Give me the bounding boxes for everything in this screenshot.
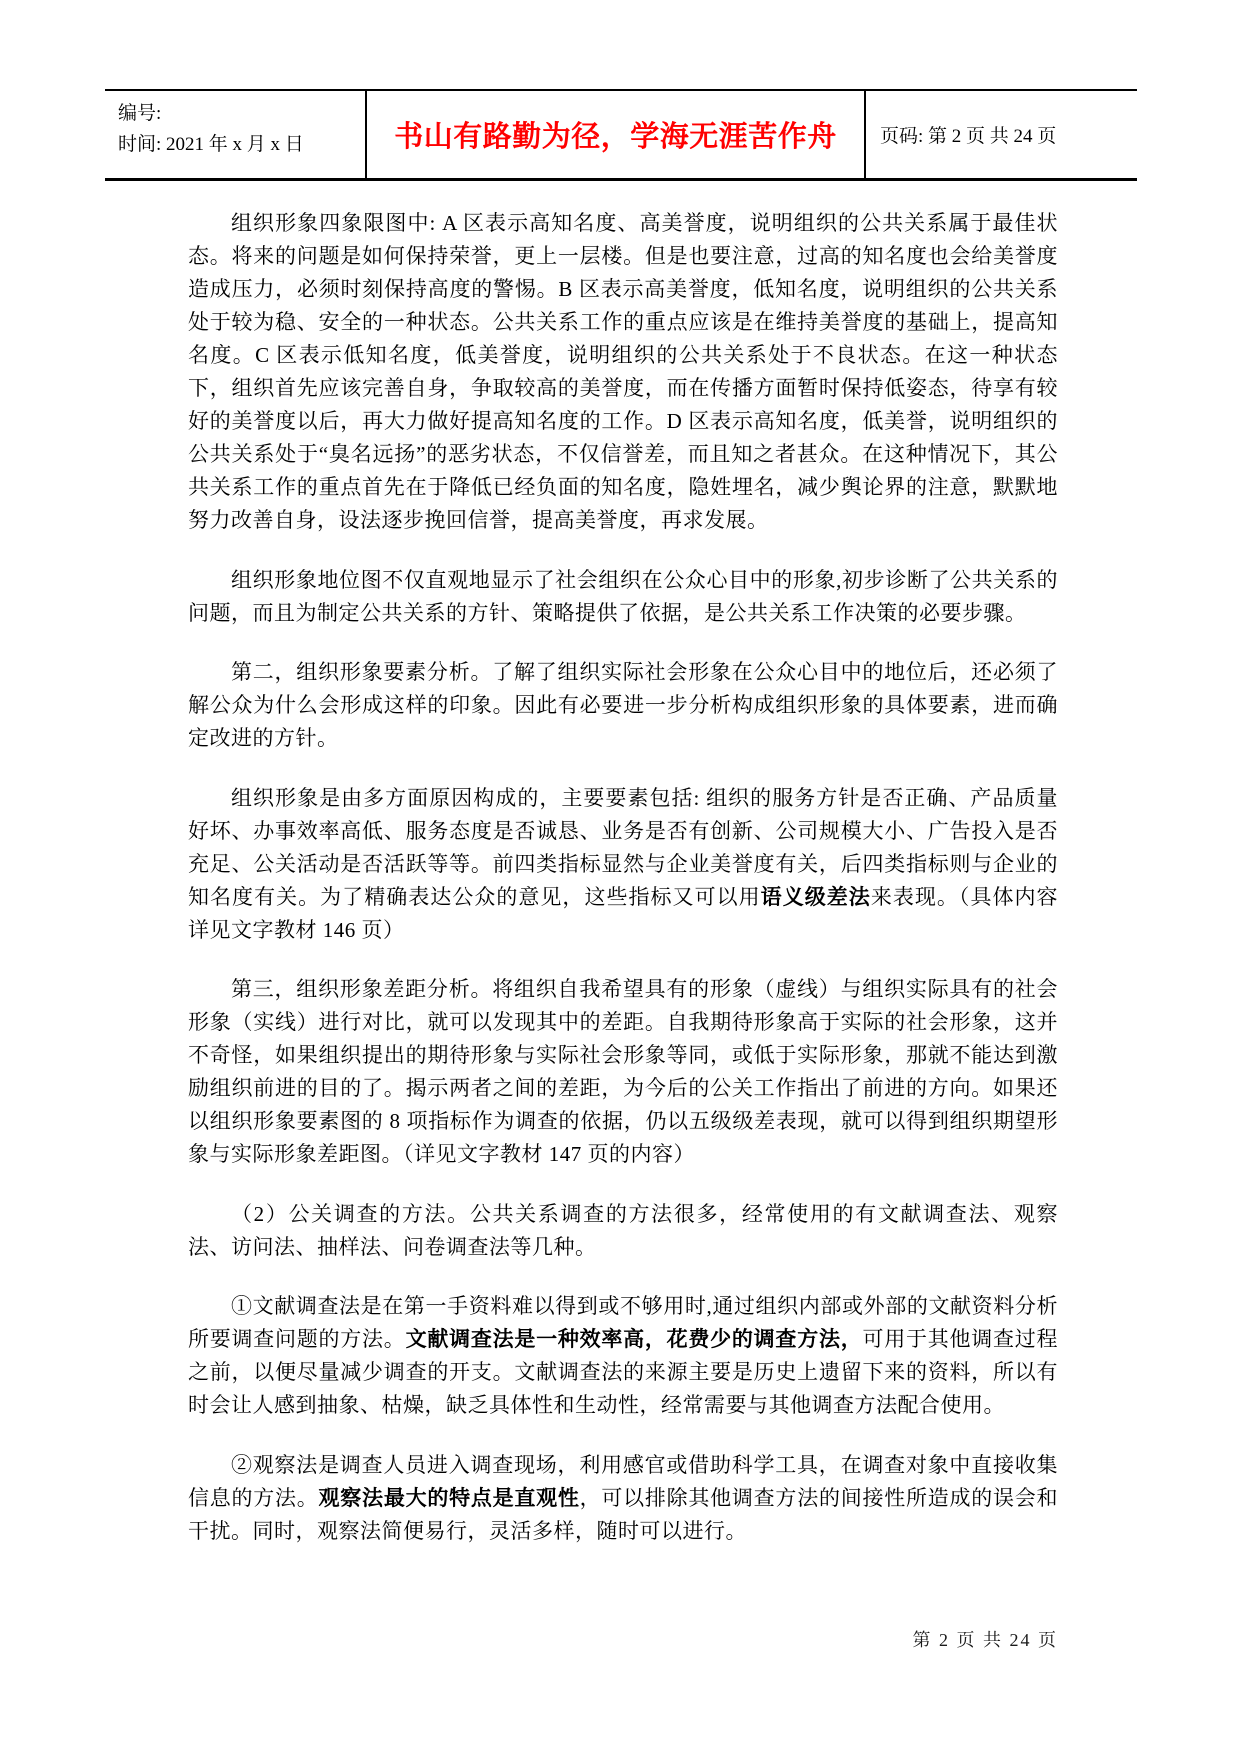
footer-page-number: 第 2 页 共 24 页: [913, 1630, 1059, 1650]
header-cell-page: 页码: 第 2 页 共 24 页: [866, 91, 1137, 178]
document-page: 编号: 时间: 2021 年 x 月 x 日 书山有路勤为径，学海无涯苦作舟 页…: [0, 0, 1241, 1754]
number-label: 编号:: [118, 98, 365, 129]
paragraph: 第三，组织形象差距分析。将组织自我希望具有的形象（虚线）与组织实际具有的社会形象…: [188, 973, 1058, 1171]
paragraph: 组织形象地位图不仅直观地显示了社会组织在公众心目中的形象,初步诊断了公共关系的问…: [188, 564, 1058, 630]
document-body: 组织形象四象限图中: A 区表示高知名度、高美誉度，说明组织的公共关系属于最佳状…: [188, 207, 1058, 1574]
paragraph: 组织形象四象限图中: A 区表示高知名度、高美誉度，说明组织的公共关系属于最佳状…: [188, 207, 1058, 537]
text-run: （2）公关调查的方法。公共关系调查的方法很多，经常使用的有文献调查法、观察法、访…: [188, 1202, 1058, 1259]
header-table: 编号: 时间: 2021 年 x 月 x 日 书山有路勤为径，学海无涯苦作舟 页…: [105, 89, 1137, 181]
paragraph: 组织形象是由多方面原因构成的，主要要素包括: 组织的服务方针是否正确、产品质量好…: [188, 782, 1058, 947]
slogan-text: 书山有路勤为径，学海无涯苦作舟: [394, 114, 837, 155]
page-label: 页码: 第 2 页 共 24 页: [880, 121, 1056, 148]
time-label: 时间: 2021 年 x 月 x 日: [118, 129, 365, 160]
header-cell-number-time: 编号: 时间: 2021 年 x 月 x 日: [105, 91, 367, 178]
header-cell-slogan: 书山有路勤为径，学海无涯苦作舟: [367, 91, 866, 178]
bold-text-run: 文献调查法是一种效率高，花费少的调查方法，: [406, 1327, 863, 1351]
bold-text-run: 语义级差法: [761, 885, 871, 909]
paragraph: 第二，组织形象要素分析。了解了组织实际社会形象在公众心目中的地位后，还必须了解公…: [188, 656, 1058, 755]
bold-text-run: 观察法最大的特点是直观性: [319, 1486, 580, 1510]
paragraph: （2）公关调查的方法。公共关系调查的方法很多，经常使用的有文献调查法、观察法、访…: [188, 1198, 1058, 1264]
paragraph: ①文献调查法是在第一手资料难以得到或不够用时,通过组织内部或外部的文献资料分析所…: [188, 1290, 1058, 1422]
paragraph: ②观察法是调查人员进入调查现场，利用感官或借助科学工具，在调查对象中直接收集信息…: [188, 1449, 1058, 1548]
footer: 第 2 页 共 24 页: [188, 1626, 1058, 1652]
text-run: 组织形象四象限图中: A 区表示高知名度、高美誉度，说明组织的公共关系属于最佳状…: [188, 211, 1058, 532]
text-run: 组织形象地位图不仅直观地显示了社会组织在公众心目中的形象,初步诊断了公共关系的问…: [188, 568, 1058, 625]
text-run: 第三，组织形象差距分析。将组织自我希望具有的形象（虚线）与组织实际具有的社会形象…: [188, 977, 1058, 1166]
text-run: 第二，组织形象要素分析。了解了组织实际社会形象在公众心目中的地位后，还必须了解公…: [188, 660, 1058, 750]
